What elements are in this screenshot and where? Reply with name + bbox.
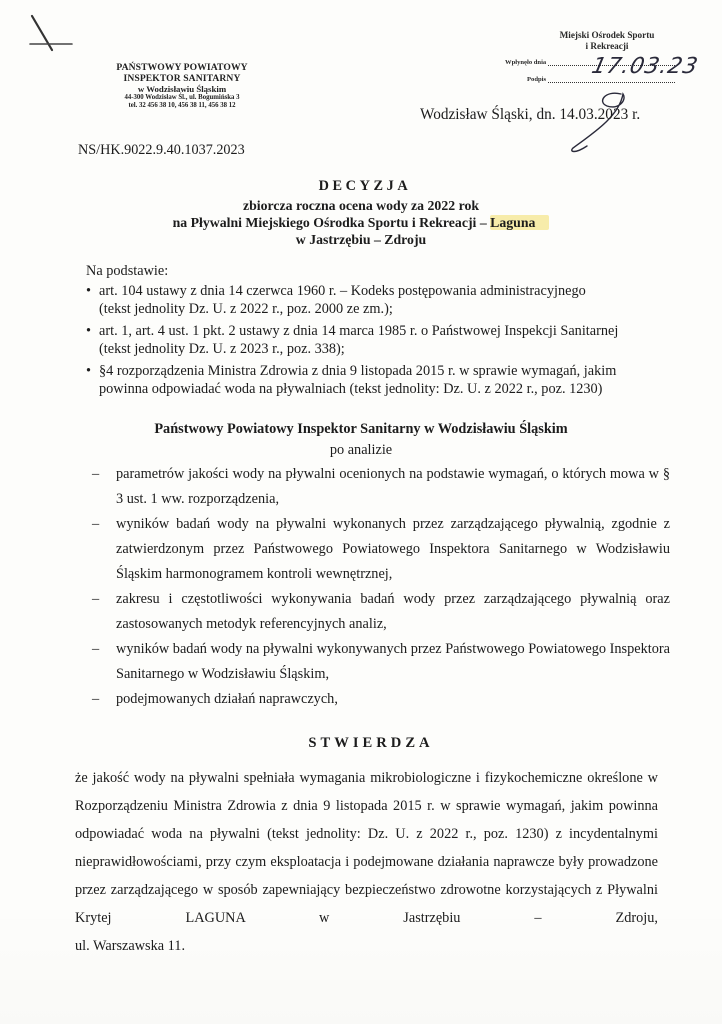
bullet-icon: •	[86, 322, 91, 340]
legal-basis-list: • art. 104 ustawy z dnia 14 czerwca 1960…	[86, 282, 666, 398]
decision-facility-line: na Pływalni Miejskiego Ośrodka Sportu i …	[0, 214, 722, 231]
letterhead-address: 44-300 Wodzisław Śl., ul. Bogumińska 3	[92, 94, 272, 102]
analysis-item: –zakresu i częstotliwości wykonywania ba…	[92, 587, 670, 637]
analysis-item: –parametrów jakości wody na pływalni oce…	[92, 462, 670, 512]
reference-number: NS/HK.9022.9.40.1037.2023	[78, 142, 245, 159]
decision-subtitle: zbiorcza roczna ocena wody za 2022 rok	[0, 197, 722, 214]
authority-name: Państwowy Powiatowy Inspektor Sanitarny …	[0, 421, 722, 438]
dash-icon: –	[92, 637, 99, 662]
signature-label: Podpis	[527, 76, 546, 83]
decision-heading: DECYZJA	[0, 178, 722, 195]
analysis-item: –wyników badań wody na pływalni wykonywa…	[92, 637, 670, 687]
receipt-org-line1: Miejski Ośrodek Sportu	[539, 30, 675, 41]
bullet-icon: •	[86, 362, 91, 380]
finding-heading: STWIERDZA	[0, 735, 722, 752]
analysis-item: –wyników badań wody na pływalni wykonany…	[92, 512, 670, 587]
letterhead-phone: tel. 32 456 38 10, 456 38 11, 456 38 12	[92, 102, 272, 110]
dash-icon: –	[92, 462, 99, 487]
bullet-icon: •	[86, 282, 91, 300]
finding-text: że jakość wody na pływalni spełniała wym…	[75, 770, 658, 926]
facility-name: na Pływalni Miejskiego Ośrodka Sportu i …	[173, 215, 491, 230]
legal-basis-item: • art. 1, art. 4 ust. 1 pkt. 2 ustawy z …	[86, 322, 666, 358]
analysis-section: –parametrów jakości wody na pływalni oce…	[92, 462, 670, 712]
after-analysis-label: po analizie	[0, 442, 722, 459]
letterhead-line1: PAŃSTWOWY POWIATOWY	[92, 62, 272, 73]
letterhead-line2: INSPEKTOR SANITARNY	[92, 73, 272, 84]
decision-title-block: DECYZJA zbiorcza roczna ocena wody za 20…	[0, 178, 722, 248]
analysis-item: –podejmowanych działań naprawczych,	[92, 687, 670, 712]
analysis-list: –parametrów jakości wody na pływalni oce…	[92, 462, 670, 712]
legal-basis-label: Na podstawie:	[86, 262, 666, 280]
corner-check-mark-icon	[26, 14, 76, 54]
highlighted-facility-name: Laguna	[490, 215, 549, 230]
legal-basis-item: • §4 rozporządzenia Ministra Zdrowia z d…	[86, 362, 666, 398]
dash-icon: –	[92, 512, 99, 537]
handwritten-received-date: 17.03.23	[589, 54, 700, 79]
legal-basis-item: • art. 104 ustawy z dnia 14 czerwca 1960…	[86, 282, 666, 318]
legal-basis-section: Na podstawie: • art. 104 ustawy z dnia 1…	[86, 262, 666, 402]
dash-icon: –	[92, 587, 99, 612]
document-page: PAŃSTWOWY POWIATOWY INSPEKTOR SANITARNY …	[0, 0, 722, 1024]
dash-icon: –	[92, 687, 99, 712]
received-label: Wpłynęło dnia	[505, 59, 546, 66]
receipt-org-line2: i Rekreacji	[539, 41, 675, 52]
letterhead-stamp: PAŃSTWOWY POWIATOWY INSPEKTOR SANITARNY …	[92, 62, 272, 110]
decision-location: w Jastrzębiu – Zdroju	[0, 231, 722, 248]
letterhead-line3: w Wodzisławiu Śląskim	[92, 84, 272, 94]
page-shading	[0, 904, 722, 1024]
place-and-date: Wodzisław Śląski, dn. 14.03.2023 r.	[420, 106, 640, 124]
